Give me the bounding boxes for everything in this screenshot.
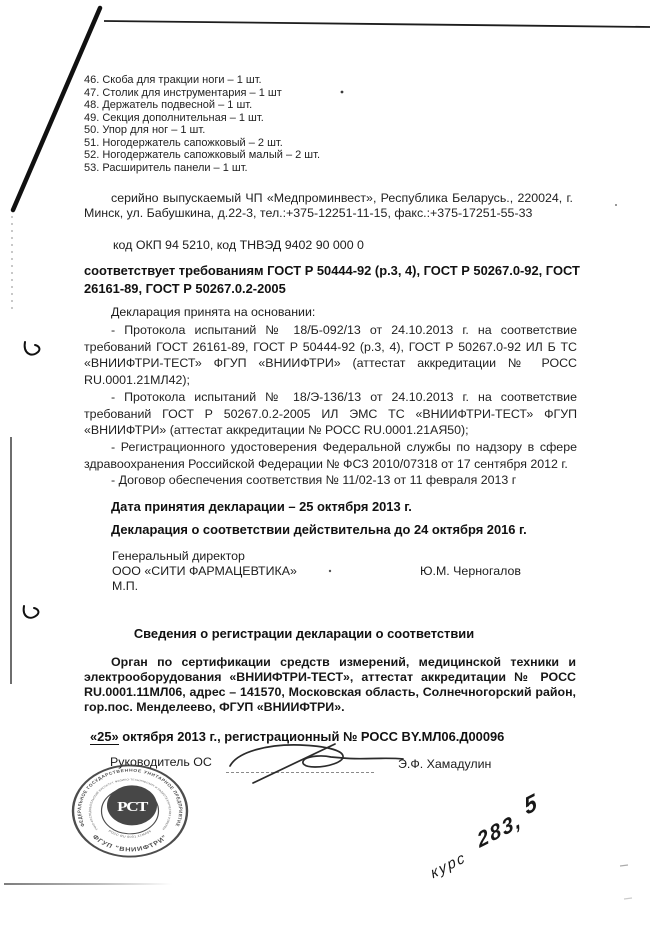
- top-horizontal-rule: [104, 21, 650, 27]
- signature-flourish: [253, 744, 335, 783]
- signatory-block: Генеральный директор ООО «СИТИ ФАРМАЦЕВТ…: [112, 549, 297, 594]
- registration-body: Орган по сертификации средств измерений,…: [84, 655, 576, 715]
- validity-date: Декларация о соответствии действительна …: [111, 522, 527, 537]
- equipment-item: 53. Расширитель панели – 1 шт.: [84, 162, 564, 175]
- director-name: Ю.М. Черногалов: [420, 564, 521, 578]
- equipment-item: 52. Ногодержатель сапожковый малый – 2 ш…: [84, 149, 564, 162]
- director-role: Генеральный директор: [112, 549, 297, 564]
- scan-speck: [615, 204, 617, 206]
- basis-item: - Договор обеспечения соответствия № 11/…: [84, 472, 577, 489]
- basis-item: - Регистрационного удостоверения Федерал…: [84, 439, 577, 472]
- scan-speck: [329, 570, 331, 572]
- faint-scan-line: [4, 883, 172, 885]
- company-name: ООО «СИТИ ФАРМАЦЕВТИКА»: [112, 564, 297, 579]
- equipment-item: 48. Держатель подвесной – 1 шт.: [84, 99, 564, 112]
- basis-item: - Протокола испытаний № 18/Б-092/13 от 2…: [84, 322, 577, 389]
- signature-stroke: [230, 745, 403, 767]
- equipment-item: 46. Скоба для тракции ноги – 1 шт.: [84, 74, 564, 87]
- equipment-item: 47. Столик для инструментария – 1 шт: [84, 87, 564, 100]
- basis-item: - Протокола испытаний № 18/Э-136/13 от 2…: [84, 389, 577, 439]
- compliance-statement: соответствует требованиям ГОСТ Р 50444-9…: [84, 262, 584, 297]
- registration-title: Сведения о регистрации декларации о соот…: [84, 626, 524, 641]
- scan-speck: [620, 865, 628, 866]
- manufacturer-paragraph: серийно выпускаемый ЧП «Медпроминвест», …: [84, 191, 573, 220]
- basis-intro: Декларация принята на основании:: [111, 305, 315, 319]
- scanned-declaration-page: 46. Скоба для тракции ноги – 1 шт. 47. С…: [0, 0, 654, 925]
- scan-speck: [624, 898, 632, 899]
- seal-place-mark: М.П.: [112, 579, 297, 594]
- signature: [200, 735, 500, 815]
- equipment-item: 51. Ногодержатель сапожковый – 2 шт.: [84, 137, 564, 150]
- equipment-item: 49. Секция дополнительная – 1 шт.: [84, 112, 564, 125]
- equipment-item: 50. Упор для ног – 1 шт.: [84, 124, 564, 137]
- pen-check-mark-1: [25, 342, 40, 355]
- equipment-list: 46. Скоба для тракции ноги – 1 шт. 47. С…: [84, 74, 564, 174]
- certification-stamp: ФЕДЕРАЛЬНОЕ ГОСУДАРСТВЕННОЕ УНИТАРНОЕ ПР…: [58, 750, 208, 875]
- codes-line: код ОКП 94 5210, код ТНВЭД 9402 90 000 0: [113, 238, 364, 252]
- rst-logo: РСТ: [117, 800, 149, 815]
- pen-check-mark-2: [24, 606, 39, 618]
- acceptance-date: Дата принятия декларации – 25 октября 20…: [111, 499, 412, 514]
- basis-list: - Протокола испытаний № 18/Б-092/13 от 2…: [84, 322, 577, 489]
- registration-day: «25»: [90, 729, 119, 745]
